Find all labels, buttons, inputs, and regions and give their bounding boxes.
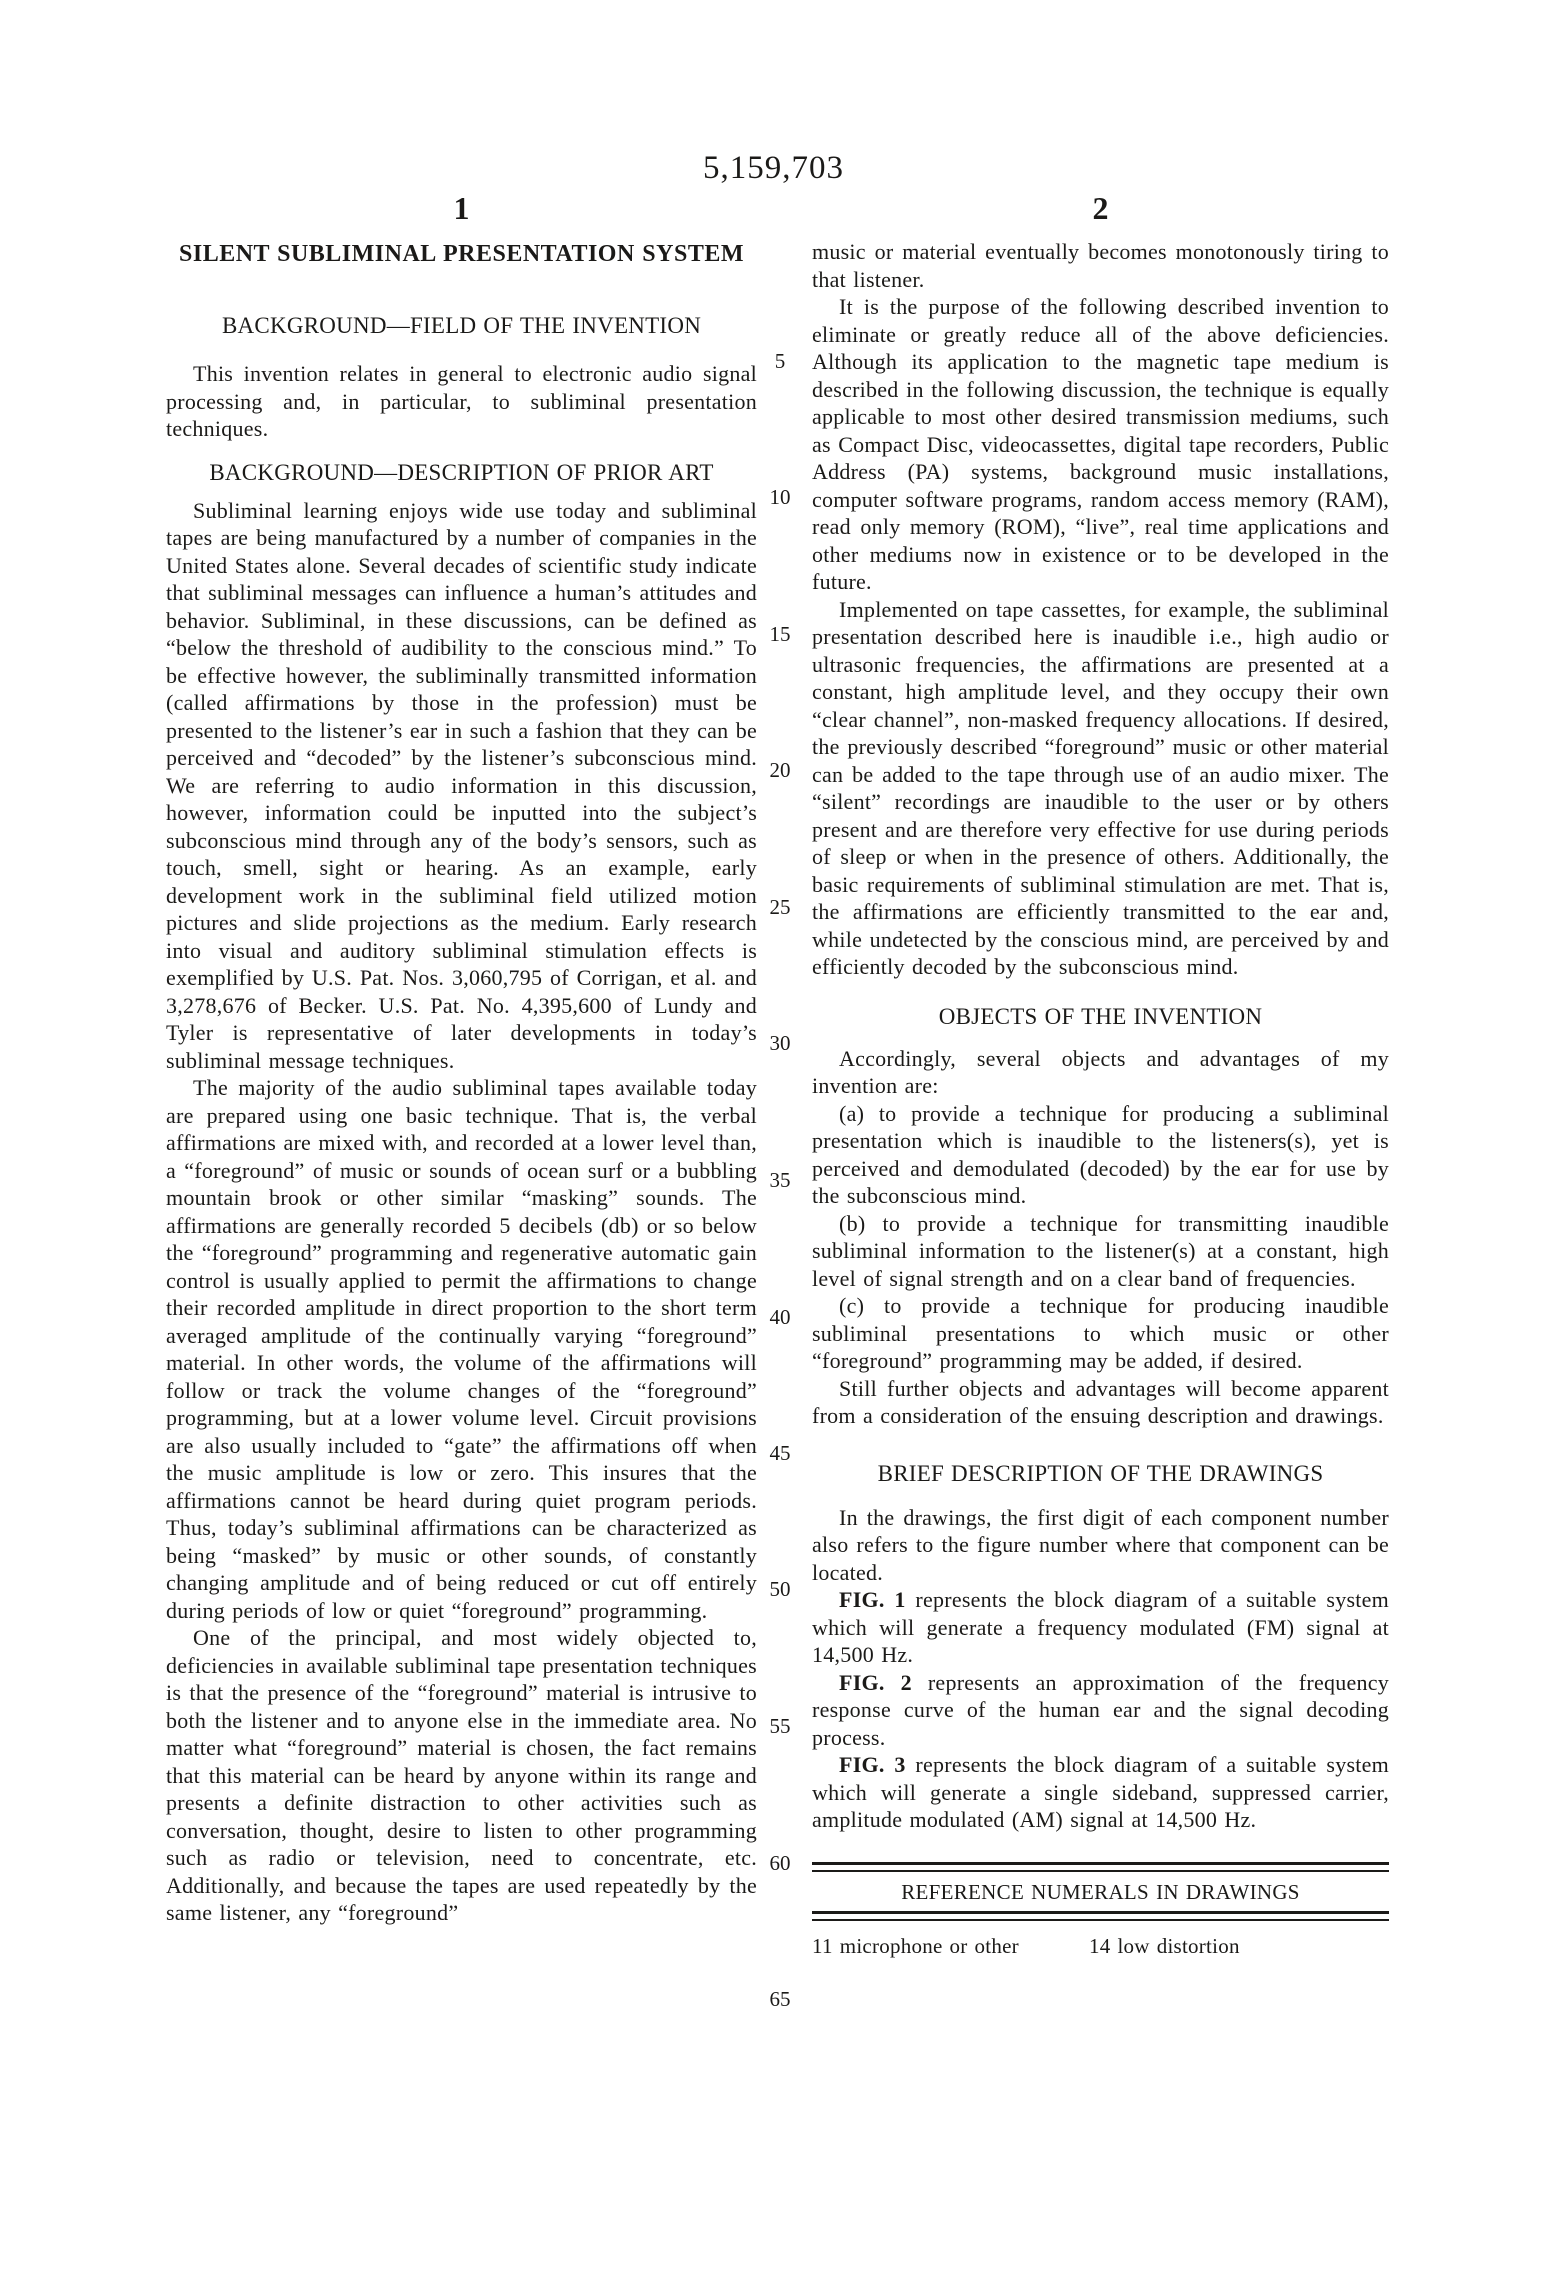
line-number-55: 55 [757,1713,803,1740]
fig2-label: FIG. 2 [839,1670,912,1695]
paragraph-prior-art-2: The majority of the audio subliminal tap… [166,1074,757,1624]
right-column: music or material eventually becomes mon… [812,238,1389,1959]
fig1-label: FIG. 1 [839,1587,906,1612]
reference-table-heading: REFERENCE NUMERALS IN DRAWINGS [812,1872,1389,1911]
paragraph-continuation: music or material eventually becomes mon… [812,238,1389,293]
paragraph-objects-intro: Accordingly, several objects and advanta… [812,1045,1389,1100]
paragraph-object-a: (a) to provide a technique for producing… [812,1100,1389,1210]
column-number-right: 2 [812,190,1389,227]
paragraph-fig3: FIG. 3 represents the block diagram of a… [812,1751,1389,1834]
line-number-5: 5 [757,348,803,375]
paragraph-field-of-invention: This invention relates in general to ele… [166,360,757,443]
paragraph-purpose: It is the purpose of the following descr… [812,293,1389,596]
line-number-15: 15 [757,621,803,648]
reference-entry-11-label: microphone or other [840,1934,1019,1958]
line-number-30: 30 [757,1030,803,1057]
paragraph-drawings-intro: In the drawings, the first digit of each… [812,1504,1389,1587]
line-number-40: 40 [757,1304,803,1331]
paragraph-fig1: FIG. 1 represents the block diagram of a… [812,1586,1389,1669]
section-heading-objects: OBJECTS OF THE INVENTION [812,1003,1389,1031]
reference-entry-14-num: 14 [1089,1934,1111,1958]
line-number-45: 45 [757,1440,803,1467]
patent-title: SILENT SUBLIMINAL PRESENTATION SYSTEM [166,240,757,268]
paragraph-still-further: Still further objects and advantages wil… [812,1375,1389,1430]
line-number-60: 60 [757,1850,803,1877]
patent-number: 5,159,703 [0,150,1547,187]
line-number-10: 10 [757,484,803,511]
paragraph-object-b: (b) to provide a technique for transmitt… [812,1210,1389,1293]
paragraph-implemented: Implemented on tape cassettes, for examp… [812,596,1389,981]
reference-entry-14: 14 low distortion [1089,1933,1366,1959]
paragraph-prior-art-1: Subliminal learning enjoys wide use toda… [166,497,757,1075]
section-heading-brief-description: BRIEF DESCRIPTION OF THE DRAWINGS [812,1460,1389,1488]
patent-document-page: 5,159,703 1 2 5 10 15 20 25 30 35 40 45 … [0,0,1547,2272]
paragraph-fig2: FIG. 2 represents an approximation of th… [812,1669,1389,1752]
left-column: SILENT SUBLIMINAL PRESENTATION SYSTEM BA… [166,240,757,1927]
paragraph-prior-art-3: One of the principal, and most widely ob… [166,1624,757,1927]
line-number-35: 35 [757,1167,803,1194]
section-heading-background-prior-art: BACKGROUND—DESCRIPTION OF PRIOR ART [209,459,714,487]
reference-entry-14-label: low distortion [1117,1934,1239,1958]
column-number-left: 1 [166,190,757,227]
fig3-label: FIG. 3 [839,1752,906,1777]
paragraph-object-c: (c) to provide a technique for producing… [812,1292,1389,1375]
reference-entry-11-num: 11 [812,1934,833,1958]
reference-entry-11: 11 microphone or other [812,1933,1089,1959]
table-rule-top [812,1862,1389,1872]
line-number-20: 20 [757,757,803,784]
reference-numerals-table: REFERENCE NUMERALS IN DRAWINGS 11 microp… [812,1862,1389,1959]
reference-table-row: 11 microphone or other 14 low distortion [812,1933,1389,1959]
line-number-65: 65 [757,1986,803,2013]
section-heading-background-field: BACKGROUND—FIELD OF THE INVENTION [166,312,757,340]
line-number-25: 25 [757,894,803,921]
line-number-50: 50 [757,1576,803,1603]
table-rule-bottom [812,1911,1389,1921]
